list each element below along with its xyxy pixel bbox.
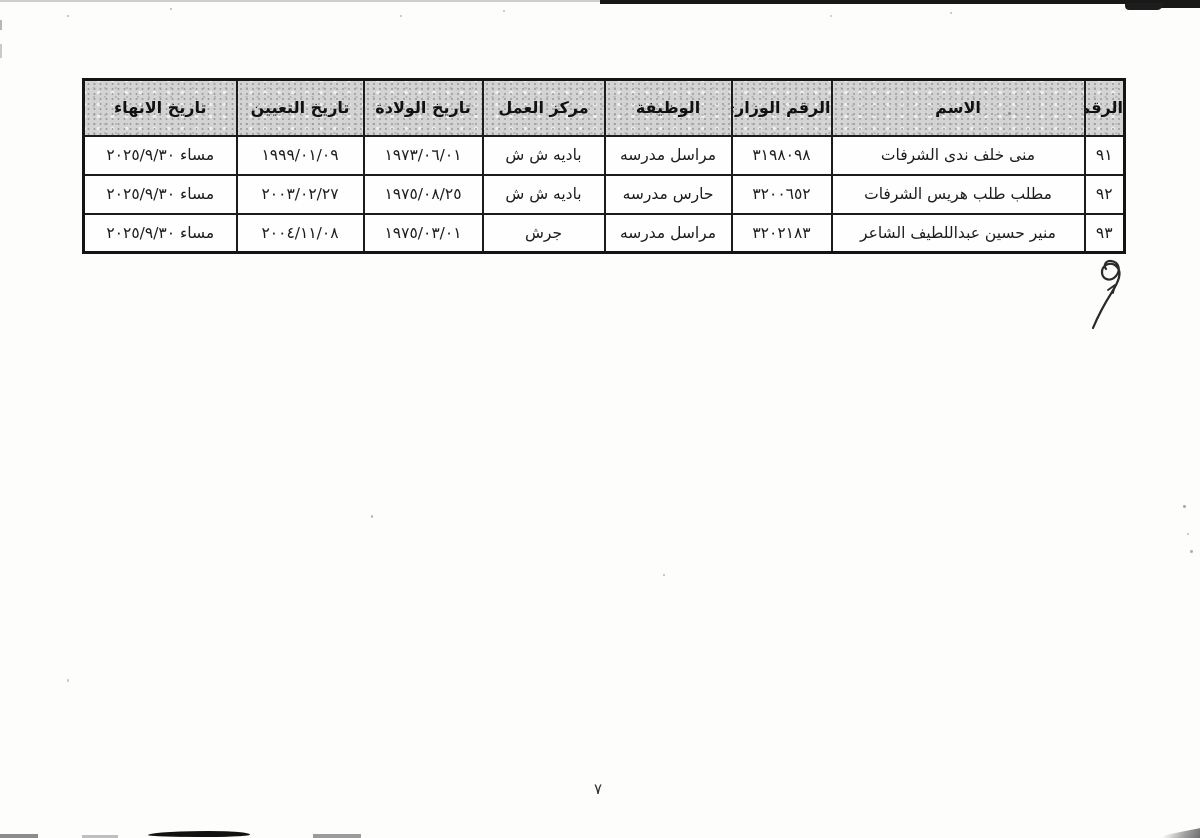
scan-speck	[1187, 533, 1189, 535]
scan-artifact-left-edge	[0, 20, 2, 30]
table-row: ٩٣ منير حسين عبداللطيف الشاعر ٣٢٠٢١٨٣ مر…	[84, 214, 1125, 253]
scan-speck	[830, 15, 832, 17]
scan-artifact-bottom-corner	[1150, 827, 1200, 838]
scan-speck	[400, 15, 402, 17]
col-header-appointment-date: تاريخ التعيين	[237, 80, 364, 136]
scanned-document-page: { "page": { "number": "٧" }, "table": { …	[0, 0, 1200, 838]
scan-artifact-bottom-edge	[148, 831, 250, 837]
cell-name: منير حسين عبداللطيف الشاعر	[832, 214, 1085, 253]
handwritten-signature	[1082, 258, 1144, 332]
header-row: الرقم الاسم الرقم الوزاري الوظيفة مركز ا…	[84, 80, 1125, 136]
scan-speck	[663, 574, 665, 576]
cell-name: مطلب طلب هريس الشرفات	[832, 175, 1085, 214]
cell-ministerial-number: ٣٢٠٢١٨٣	[732, 214, 832, 253]
cell-number: ٩١	[1085, 136, 1125, 175]
cell-ministerial-number: ٣٢٠٠٦٥٢	[732, 175, 832, 214]
col-header-name: الاسم	[832, 80, 1085, 136]
roster-table: الرقم الاسم الرقم الوزاري الوظيفة مركز ا…	[82, 78, 1126, 254]
cell-appointment-date: ١٩٩٩/٠١/٠٩	[237, 136, 364, 175]
cell-end-date: مساء ٢٠٢٥/٩/٣٠	[84, 214, 237, 253]
scan-artifact-top-edge-right	[600, 0, 1200, 4]
table-row: ٩١ منى خلف ندى الشرفات ٣١٩٨٠٩٨ مراسل مدر…	[84, 136, 1125, 175]
scan-artifact-bottom-edge	[0, 834, 38, 838]
cell-name: منى خلف ندى الشرفات	[832, 136, 1085, 175]
cell-birth-date: ١٩٧٣/٠٦/٠١	[364, 136, 483, 175]
col-header-job-title: الوظيفة	[605, 80, 732, 136]
cell-end-date: مساء ٢٠٢٥/٩/٣٠	[84, 136, 237, 175]
col-header-number: الرقم	[1085, 80, 1125, 136]
cell-work-center: باديه ش ش	[483, 175, 605, 214]
scan-speck	[170, 8, 172, 10]
scan-artifact-top-corner	[1128, 0, 1200, 8]
cell-end-date: مساء ٢٠٢٥/٩/٣٠	[84, 175, 237, 214]
scan-artifact-left-edge	[0, 44, 2, 58]
scan-speck	[67, 15, 69, 17]
scan-artifact-top-blob	[1125, 3, 1163, 10]
page-number: ٧	[558, 780, 638, 798]
cell-job-title: مراسل مدرسه	[605, 214, 732, 253]
cell-number: ٩٣	[1085, 214, 1125, 253]
cell-number: ٩٢	[1085, 175, 1125, 214]
cell-birth-date: ١٩٧٥/٠٣/٠١	[364, 214, 483, 253]
scan-speck	[1190, 550, 1193, 553]
scan-speck	[1183, 505, 1186, 508]
employee-roster-table: الرقم الاسم الرقم الوزاري الوظيفة مركز ا…	[85, 78, 1126, 254]
cell-job-title: مراسل مدرسه	[605, 136, 732, 175]
scan-speck	[371, 515, 373, 518]
cell-appointment-date: ٢٠٠٤/١١/٠٨	[237, 214, 364, 253]
col-header-work-center: مركز العمل	[483, 80, 605, 136]
cell-job-title: حارس مدرسه	[605, 175, 732, 214]
scan-speck	[67, 679, 69, 682]
cell-ministerial-number: ٣١٩٨٠٩٨	[732, 136, 832, 175]
scan-speck	[503, 10, 505, 12]
scan-speck	[950, 12, 952, 14]
col-header-ministerial-number: الرقم الوزاري	[732, 80, 832, 136]
col-header-end-date: تاريخ الانهاء	[84, 80, 237, 136]
cell-birth-date: ١٩٧٥/٠٨/٢٥	[364, 175, 483, 214]
col-header-birth-date: تاريخ الولادة	[364, 80, 483, 136]
cell-work-center: باديه ش ش	[483, 136, 605, 175]
scan-artifact-top-edge-left	[0, 0, 610, 2]
table-row: ٩٢ مطلب طلب هريس الشرفات ٣٢٠٠٦٥٢ حارس مد…	[84, 175, 1125, 214]
cell-appointment-date: ٢٠٠٣/٠٢/٢٧	[237, 175, 364, 214]
scan-artifact-bottom-edge	[313, 834, 361, 838]
cell-work-center: جرش	[483, 214, 605, 253]
